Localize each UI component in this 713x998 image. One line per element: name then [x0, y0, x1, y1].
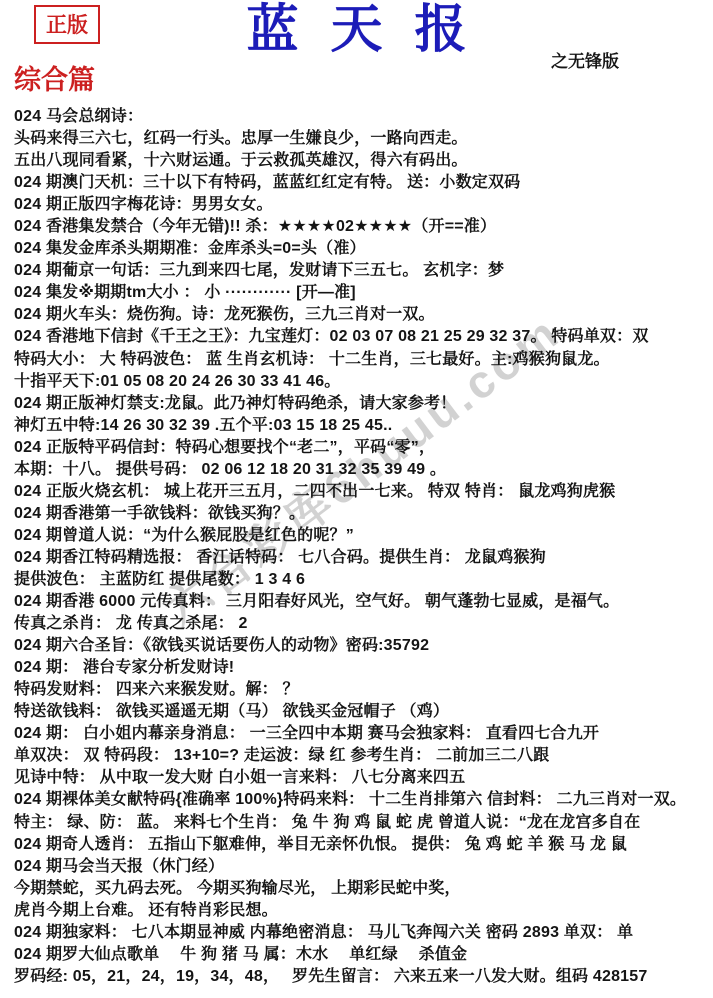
- text-line: 024 期罗大仙点歌单 牛 狗 猪 马 属：木水 单红绿 杀值金: [14, 944, 713, 966]
- text-line: 见诗中特： 从中取一发大财 白小姐一言来料： 八七分离来四五: [14, 767, 713, 789]
- edition-label: 之无锋版: [551, 47, 619, 72]
- text-line: 024 香港集发禁合（今年无错)!! 杀：★★★★02★★★★（开==准）: [14, 216, 713, 238]
- text-line: 024 期六合圣旨：《欲钱买说话要伤人的动物》密码:35792: [14, 635, 713, 657]
- text-line: 024 期裸体美女献特码{准确率 100%}特码来料： 十二生肖排第六 信封料：…: [14, 789, 713, 811]
- text-line: 罗码经: 05，21，24，19，34，48， 罗先生留言： 六来五来一八发大财…: [14, 966, 713, 988]
- text-line: 头码来得三六七，红码一行头。忠厚一生嫌良少，一路向西走。: [14, 128, 713, 150]
- text-line: 提供波色： 主蓝防红 提供尾数： 1 3 4 6: [14, 569, 713, 591]
- text-line: 特码发财料： 四来六来猴发财。解： ？: [14, 679, 713, 701]
- text-line: 024 正版特平码信封：特码心想要找个“老二”，平码“零”，: [14, 437, 713, 459]
- text-line: 024 期葡京一句话：三九到来四七尾，发财请下三五七。 玄机字：梦: [14, 260, 713, 282]
- text-line: 特送欲钱料： 欲钱买遥遥无期（马） 欲钱买金冠帽子 （鸡）: [14, 701, 713, 723]
- text-line: 神灯五中特:14 26 30 32 39 .五个平:03 15 18 25 45…: [14, 415, 713, 437]
- text-line: 024 马会总纲诗：: [14, 106, 713, 128]
- text-line: 十指平天下:01 05 08 20 24 26 30 33 41 46。: [14, 371, 713, 393]
- text-line: 024 期火车头：烧伤狗。诗：龙死猴伤，三九三肖对一双。: [14, 304, 713, 326]
- text-line: 024 期曾道人说：“为什么猴屁股是红色的呢？”: [14, 525, 713, 547]
- text-line: 024 期澳门天机：三十以下有特码，蓝蓝红红定有特。 送：小数定双码: [14, 172, 713, 194]
- newspaper-page: 正版 蓝天报 之无锋版 综合篇 六合彩库6huuu.com 024 马会总纲诗：…: [0, 0, 713, 998]
- text-line: 024 期奇人透肖： 五指山下躯难伸，举目无亲怀仇恨。 提供： 兔 鸡 蛇 羊 …: [14, 834, 713, 856]
- text-line: 特主： 绿、防： 蓝。 来料七个生肖： 兔 牛 狗 鸡 鼠 蛇 虎 曾道人说：“…: [14, 812, 713, 834]
- text-line: 单双决： 双 特码段： 13+10=? 走运波：绿 红 参考生肖： 二前加三二八…: [14, 745, 713, 767]
- text-line: 本期：十八。 提供号码： 02 06 12 18 20 31 32 35 39 …: [14, 459, 713, 481]
- text-line: 024 期正版四字梅花诗：男男女女。: [14, 194, 713, 216]
- body-lines: 024 马会总纲诗：头码来得三六七，红码一行头。忠厚一生嫌良少，一路向西走。五出…: [14, 106, 713, 988]
- text-line: 024 期： 港台专家分析发财诗!: [14, 657, 713, 679]
- text-line: 传真之杀肖： 龙 传真之杀尾： 2: [14, 613, 713, 635]
- text-line: 024 期独家料： 七八本期显神威 内幕绝密消息： 马儿飞奔闯六关 密码 289…: [14, 922, 713, 944]
- text-line: 五出八现同看紧，十六财运通。于云救孤英雄汉，得六有码出。: [14, 150, 713, 172]
- text-line: 024 香港地下信封《千王之王》：九宝莲灯：02 03 07 08 21 25 …: [14, 326, 713, 348]
- text-line: 024 正版火烧玄机： 城上花开三五月，二四不出一七来。 特双 特肖： 鼠龙鸡狗…: [14, 481, 713, 503]
- text-line: 024 期香港第一手欲钱料：欲钱买狗？。: [14, 503, 713, 525]
- text-line: 024 期： 白小姐内幕亲身消息： 一三全四中本期 赛马会独家料： 直看四七合九…: [14, 723, 713, 745]
- text-line: 024 期香港 6000 元传真料： 三月阳春好风光，空气好。 朝气蓬勃七显威，…: [14, 591, 713, 613]
- text-line: 024 期马会当天报（休门经）: [14, 856, 713, 878]
- text-line: 特码大小： 大 特码波色： 蓝 生肖玄机诗： 十二生肖，三七最好。主:鸡猴狗鼠龙…: [14, 349, 713, 371]
- section-heading: 综合篇: [14, 58, 95, 97]
- text-line: 024 集发※期期tm大小 ： 小 ············ [开—准]: [14, 282, 713, 304]
- text-line: 024 期正版神灯禁支:龙鼠。此乃神灯特码绝杀，请大家参考！: [14, 393, 713, 415]
- text-line: 今期禁蛇，买九码去死。 今期买狗输尽光， 上期彩民蛇中奖，: [14, 878, 713, 900]
- text-line: 024 期香江特码精选报： 香江话特码： 七八合码。提供生肖： 龙鼠鸡猴狗: [14, 547, 713, 569]
- text-line: 024 集发金库杀头期期准：金库杀头=0=头（准）: [14, 238, 713, 260]
- text-line: 虎肖今期上台难。 还有特肖彩民想。: [14, 900, 713, 922]
